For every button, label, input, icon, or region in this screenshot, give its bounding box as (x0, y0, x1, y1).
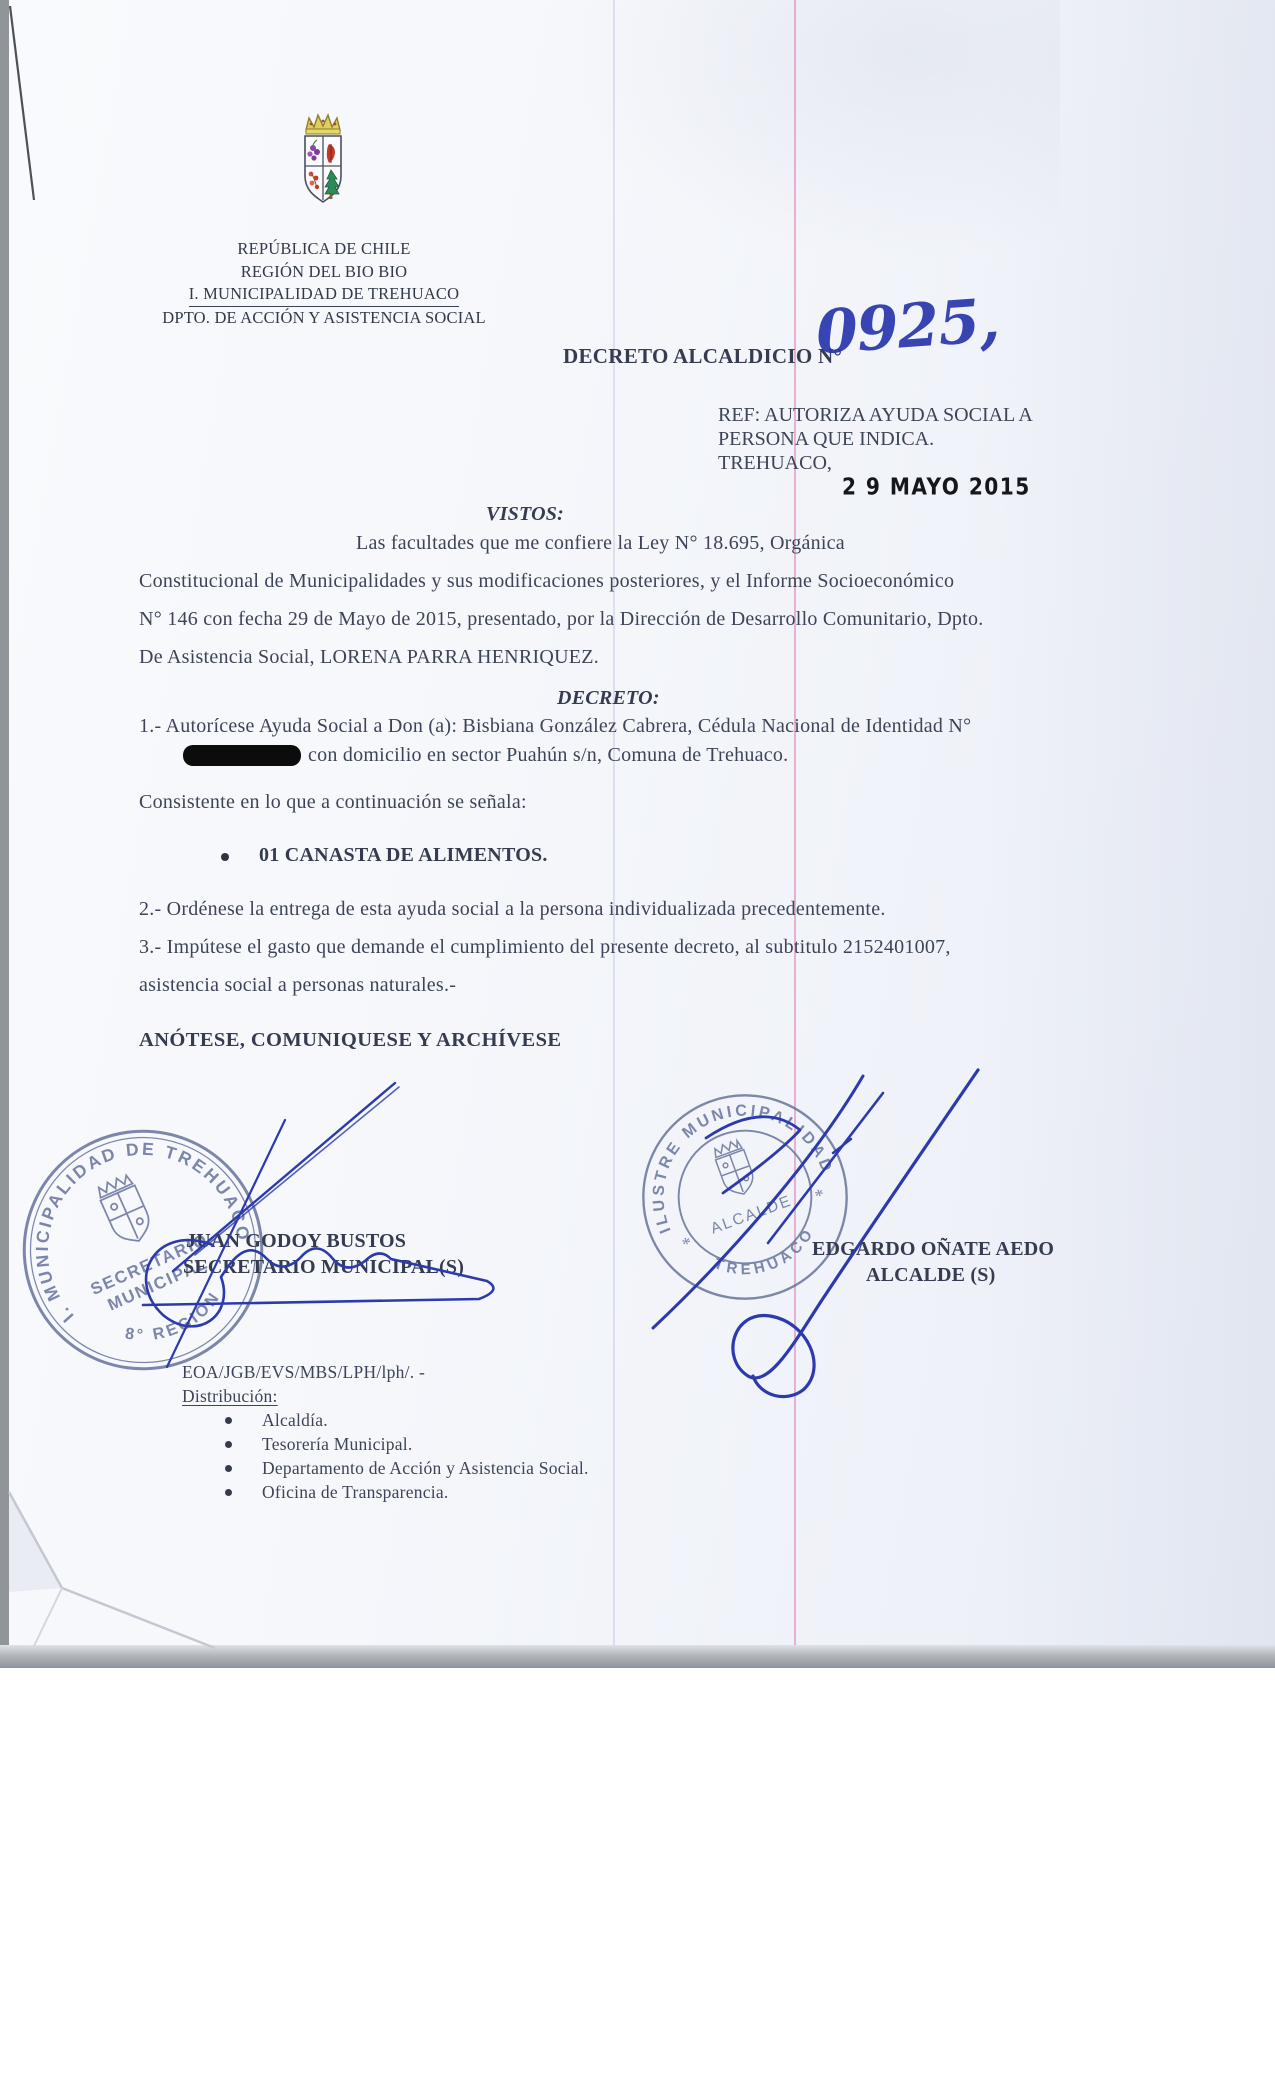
scan-artifact-line (613, 0, 615, 1650)
right-stamp-crest-icon (712, 1139, 758, 1200)
bullet-icon (221, 853, 229, 861)
closing-order: ANÓTESE, COMUNIQUESE Y ARCHÍVESE (139, 1029, 562, 1052)
date-stamp: 2 9 MAYO 2015 (842, 474, 1031, 500)
bullet-icon (225, 1441, 232, 1448)
alcalde-name: EDGARDO OÑATE AEDO (812, 1238, 1054, 1261)
secretario-title: SECRETARIO MUNICIPAL(S) (183, 1256, 464, 1279)
alcalde-title: ALCALDE (S) (866, 1264, 995, 1287)
right-stamp-star-left: * (679, 1233, 694, 1255)
decreto-item1-line1: 1.- Autorícese Ayuda Social a Don (a): B… (139, 715, 971, 738)
scanned-decree-page: { "page": { "colors": { "paper": "#f5f7f… (0, 0, 1275, 2100)
decree-title: DECRETO ALCALDICIO N° (563, 344, 842, 369)
handwritten-decree-number: 0925, (814, 286, 1001, 369)
decreto-item3-line1: 3.- Impútese el gasto que demande el cum… (139, 936, 951, 959)
decreto-item1-line2-text: con domicilio en sector Puahún s/n, Comu… (308, 744, 788, 767)
distribution-label: Distribución: (182, 1386, 278, 1407)
decreto-item2: 2.- Ordénese la entrega de esta ayuda so… (139, 898, 886, 921)
letterhead-line-republic: REPÚBLICA DE CHILE (128, 238, 520, 261)
decreto-item1-line2: con domicilio en sector Puahún s/n, Comu… (183, 742, 788, 768)
ref-line-2: PERSONA QUE INDICA. (718, 427, 1033, 451)
letterhead-line-department: DPTO. DE ACCIÓN Y ASISTENCIA SOCIAL (128, 307, 520, 330)
vistos-line-4: De Asistencia Social, LORENA PARRA HENRI… (139, 646, 599, 669)
scanner-edge-bottom (0, 1645, 1275, 1668)
right-stamp-star-right: * (812, 1184, 827, 1206)
vistos-line-2: Constitucional de Municipalidades y sus … (139, 570, 954, 593)
vistos-line-3: N° 146 con fecha 29 de Mayo de 2015, pre… (139, 608, 984, 631)
scan-artifact-line-pink (794, 0, 796, 1650)
distribution-item: Departamento de Acción y Asistencia Soci… (262, 1458, 589, 1479)
ref-line-3: TREHUACO, (718, 451, 1033, 475)
municipal-coat-of-arms (294, 106, 352, 222)
ref-line-1: REF: AUTORIZA AYUDA SOCIAL A (718, 403, 1033, 427)
left-stamp-crest-icon (95, 1173, 156, 1249)
distribution-item: Tesorería Municipal. (262, 1434, 413, 1455)
decreto-label: DECRETO: (557, 687, 660, 710)
reference-block: REF: AUTORIZA AYUDA SOCIAL A PERSONA QUE… (718, 403, 1033, 475)
vistos-line-1: Las facultades que me confiere la Ley N°… (356, 532, 845, 555)
letterhead-line-region: REGIÓN DEL BIO BIO (128, 261, 520, 284)
responsibility-initials: EOA/JGB/EVS/MBS/LPH/lph/. - (182, 1362, 425, 1383)
right-stamp-center: ALCALDE (708, 1192, 794, 1237)
bullet-icon (225, 1417, 232, 1424)
letterhead-line-municipality: I. MUNICIPALIDAD DE TREHUACO (128, 283, 520, 307)
vistos-label: VISTOS: (486, 503, 564, 526)
decreto-item3-line2: asistencia social a personas naturales.- (139, 974, 456, 997)
scanner-edge-left (0, 0, 9, 1652)
bullet-icon (225, 1465, 232, 1472)
scan-shading-top (560, 0, 1060, 260)
redacted-id-number (183, 745, 301, 766)
letterhead: REPÚBLICA DE CHILE REGIÓN DEL BIO BIO I.… (128, 238, 520, 329)
consistente-line: Consistente en lo que a continuación se … (139, 791, 527, 814)
distribution-item: Alcaldía. (262, 1410, 328, 1431)
bullet-icon (225, 1489, 232, 1496)
secretario-name: JUAN GODOY BUSTOS (186, 1230, 406, 1253)
aid-item: 01 CANASTA DE ALIMENTOS. (259, 844, 548, 867)
distribution-item: Oficina de Transparencia. (262, 1482, 449, 1503)
